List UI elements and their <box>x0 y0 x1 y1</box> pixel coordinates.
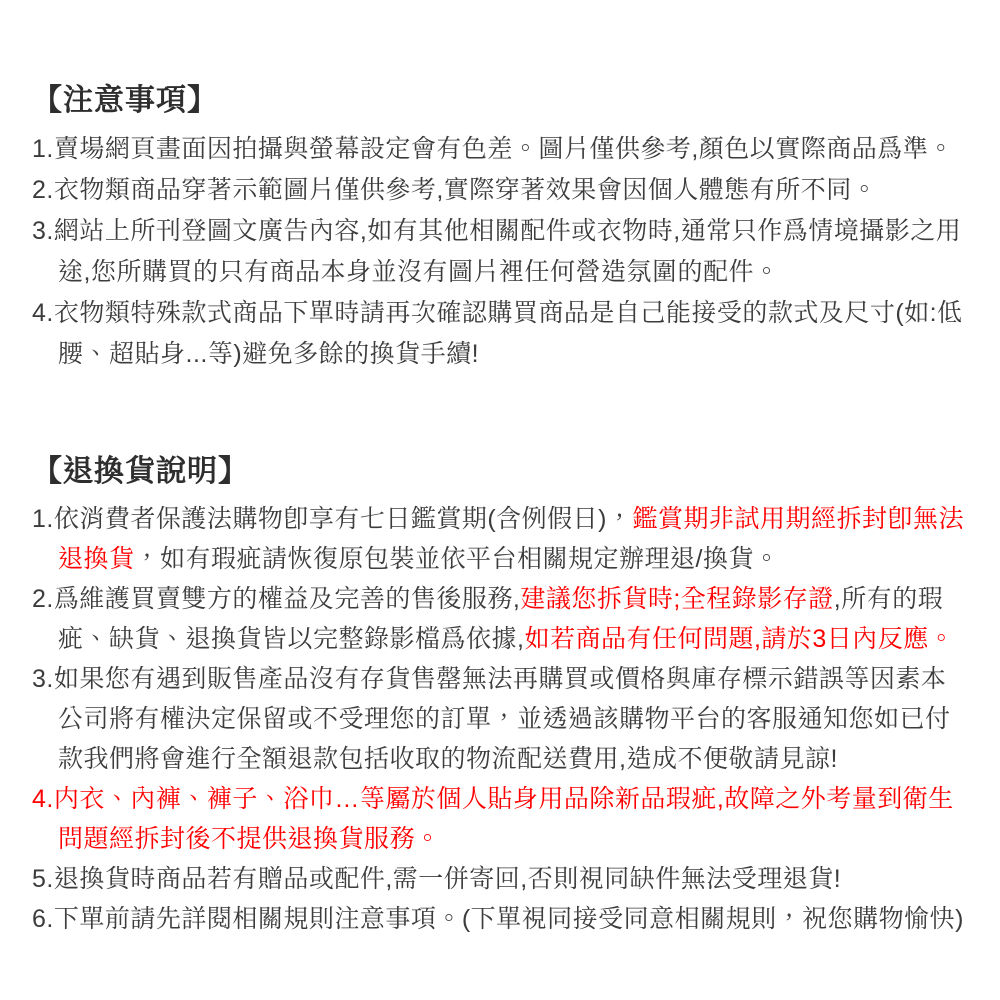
returns-item-5-text: 5.退換貨時商品若有贈品或配件,需一併寄回,否則視同缺件無法受理退貨! <box>32 865 841 893</box>
notice-item-4-text: 4.衣物類特殊款式商品下單時請再次確認購買商品是自己能接受的款式及尺寸(如:低腰… <box>32 299 963 368</box>
returns-item-6-text: 6.下單前請先詳閱相關規則注意事項。(下單視同接受同意相關規則，祝您購物愉快) <box>32 905 964 933</box>
notice-item-4: 4.衣物類特殊款式商品下單時請再次確認購買商品是自己能接受的款式及尺寸(如:低腰… <box>32 293 968 375</box>
returns-item-1-seg-3: ，如有瑕疵請恢復原包裝並依平台相關規定辦理退/換貨。 <box>135 545 780 573</box>
notice-item-3-text: 3.網站上所刊登圖文廣告內容,如有其他相關配件或衣物時,通常只作爲情境攝影之用途… <box>32 217 961 286</box>
returns-item-4-text: 4.内衣、內褲、褲子、浴巾…等屬於個人貼身用品除新品瑕疵,故障之外考量到衛生問題… <box>32 785 954 853</box>
notice-item-1-text: 1.賣場網頁畫面因拍攝與螢幕設定會有色差。圖片僅供參考,顏色以實際商品爲準。 <box>32 135 954 163</box>
returns-item-3: 3.如果您有遇到販售產品沒有存貨售罄無法再購買或價格與庫存標示錯誤等因素本公司將… <box>32 659 968 779</box>
notice-item-2-text: 2.衣物類商品穿著示範圖片僅供參考,實際穿著效果會因個人體態有所不同。 <box>32 176 877 204</box>
returns-item-6: 6.下單前請先詳閱相關規則注意事項。(下單視同接受同意相關規則，祝您購物愉快) <box>32 899 968 939</box>
returns-item-2-seg-2: 建議您拆貨時;全程錄影存證 <box>520 585 833 613</box>
section-returns: 【退換貨說明】 1.依消費者保護法購物卽享有七日鑑賞期(含例假日)，鑑賞期非試用… <box>32 455 968 940</box>
returns-item-3-text: 3.如果您有遇到販售產品沒有存貨售罄無法再購買或價格與庫存標示錯誤等因素本公司將… <box>32 665 951 773</box>
notice-document: 【注意事項】 1.賣場網頁畫面因拍攝與螢幕設定會有色差。圖片僅供參考,顏色以實際… <box>0 0 1000 1000</box>
returns-item-4: 4.内衣、內褲、褲子、浴巾…等屬於個人貼身用品除新品瑕疵,故障之外考量到衛生問題… <box>32 779 968 859</box>
section-heading-notice: 【注意事項】 <box>32 84 968 119</box>
returns-item-5: 5.退換貨時商品若有贈品或配件,需一併寄回,否則視同缺件無法受理退貨! <box>32 859 968 899</box>
section-heading-returns: 【退換貨說明】 <box>32 455 968 490</box>
returns-item-2-seg-1: 2.爲維護買賣雙方的權益及完善的售後服務, <box>32 585 520 613</box>
section-notice: 【注意事項】 1.賣場網頁畫面因拍攝與螢幕設定會有色差。圖片僅供參考,顏色以實際… <box>32 84 968 375</box>
notice-item-2: 2.衣物類商品穿著示範圖片僅供參考,實際穿著效果會因個人體態有所不同。 <box>32 170 968 211</box>
returns-item-2: 2.爲維護買賣雙方的權益及完善的售後服務,建議您拆貨時;全程錄影存證,所有的瑕疵… <box>32 579 968 659</box>
notice-item-3: 3.網站上所刊登圖文廣告內容,如有其他相關配件或衣物時,通常只作爲情境攝影之用途… <box>32 211 968 293</box>
returns-item-1: 1.依消費者保護法購物卽享有七日鑑賞期(含例假日)，鑑賞期非試用期經拆封卽無法退… <box>32 499 968 579</box>
notice-item-1: 1.賣場網頁畫面因拍攝與螢幕設定會有色差。圖片僅供參考,顏色以實際商品爲準。 <box>32 129 968 170</box>
returns-item-1-seg-1: 1.依消費者保護法購物卽享有七日鑑賞期(含例假日)， <box>32 505 633 533</box>
returns-item-2-seg-4: 如若商品有任何問題,請於3日內反應。 <box>524 625 954 653</box>
